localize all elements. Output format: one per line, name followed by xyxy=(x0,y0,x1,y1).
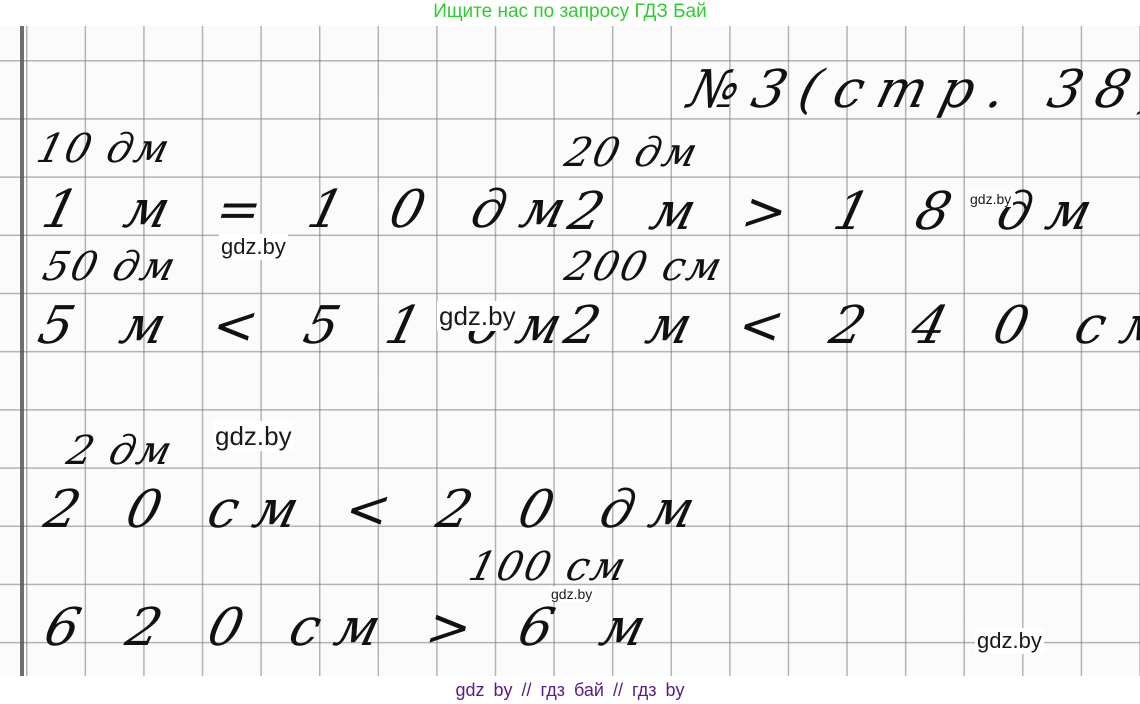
equation-line-5: 2 м > 1 8 дм xyxy=(563,182,1115,242)
watermark: gdz.by xyxy=(437,301,518,331)
watermark: gdz.by xyxy=(975,628,1044,654)
site-footer-banner: gdz by // гдз бай // гдз by xyxy=(0,676,1140,704)
watermark: gdz.by xyxy=(968,191,1013,207)
hint-line-3: 2 дм xyxy=(62,428,178,474)
exercise-title: №3(стр. 38) xyxy=(683,60,1140,120)
watermark: gdz.by xyxy=(213,421,294,451)
hint-line-1: 10 дм xyxy=(32,126,176,172)
equation-line-1: 1 м = 1 0 дм xyxy=(37,180,589,240)
equation-line-3: 2 0 см < 2 0 дм xyxy=(39,480,717,540)
hint-line-2: 50 дм xyxy=(38,244,182,290)
watermark: gdz.by xyxy=(219,234,288,260)
hint-line-6: 200 см xyxy=(560,244,728,290)
equation-line-4: 6 2 0 см > 6 м xyxy=(39,598,668,658)
hint-line-4: 100 см xyxy=(464,544,632,590)
notebook-page: №3(стр. 38) 10 дм 1 м = 1 0 дм 50 дм 5 м… xyxy=(0,26,1140,676)
equation-line-6: 2 м < 2 4 0 см xyxy=(559,296,1140,356)
margin-line xyxy=(20,26,24,676)
watermark: gdz.by xyxy=(549,586,594,602)
search-hint-banner: Ищите нас по запросу ГДЗ Бай xyxy=(0,0,1140,26)
hint-line-5: 20 дм xyxy=(560,130,704,176)
